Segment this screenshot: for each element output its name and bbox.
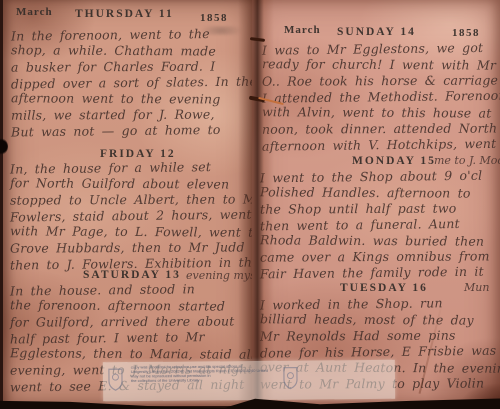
handwriting-line: Fair Haven the family rode in it bbox=[260, 264, 490, 283]
handwriting-line: noon, took dinner. attended North B bbox=[262, 120, 500, 137]
binding-gutter-shadow bbox=[238, 0, 274, 409]
entry-thursday-11: In the forenoon, went to the shop, a whi… bbox=[11, 27, 257, 139]
year-label-right: 1858 bbox=[452, 27, 480, 39]
handwriting-line: shop, a while. Chatham made bbox=[11, 42, 257, 60]
weekday-header-sunday-14: SUNDAY 14 bbox=[337, 26, 416, 38]
diary-page-right: March SUNDAY 14 1858 I was to Mr Egglest… bbox=[252, 0, 500, 406]
weekday-header-friday-12: FRIDAY 12 bbox=[100, 148, 176, 160]
month-label-left: March bbox=[16, 6, 53, 18]
weekday-header-monday-15: MONDAY 15 bbox=[352, 155, 436, 167]
handwriting-line: O.. Roe took his horse & carriage bbox=[262, 72, 500, 89]
handwriting-line: But was not — go at home to bbox=[11, 121, 257, 140]
year-label-left: 1858 bbox=[200, 12, 228, 24]
library-crest-icon bbox=[108, 368, 123, 392]
library-watermark: copy was produced for reference use and … bbox=[103, 360, 395, 402]
diary-photo: March THURSDAY 11 1858 In the forenoon, … bbox=[0, 0, 500, 409]
handwriting-line: afternoon with V. Hotchkips, went home bbox=[262, 135, 500, 154]
handwriting-annotation: me to J. Moon bbox=[434, 154, 500, 167]
entry-monday-15: I went to the Shop about 9 o'cl Polished… bbox=[260, 169, 490, 281]
watermark-line: the collections of the University Librar… bbox=[131, 376, 391, 383]
handwriting-line: afternoon went to the evening bbox=[11, 90, 257, 108]
handwriting-line: for North Guilford about eleven bbox=[10, 175, 262, 193]
handwriting-line: with Mr Page, to L. Fowell, went to bbox=[10, 223, 262, 241]
handwriting-line: billiard heads, most of the day bbox=[260, 311, 500, 329]
handwriting-annotation: Mun bbox=[464, 281, 489, 294]
month-label-right: March bbox=[284, 24, 321, 36]
handwriting-line: the forenoon. afternoon started bbox=[10, 297, 255, 314]
weekday-header-thursday-11: THURSDAY 11 bbox=[75, 8, 174, 20]
handwriting-line: ready for church! I went with Mr bbox=[262, 56, 500, 74]
handwriting-line: Polished Handles. afternoon to bbox=[260, 184, 490, 201]
handwriting-line: Egglestons, then to Maria, staid all bbox=[10, 345, 255, 362]
entry-sunday-14: I was to Mr Egglestons, we got ready for… bbox=[262, 41, 500, 153]
weekday-header-tuesday-16: TUESDAY 16 bbox=[340, 282, 428, 294]
handwriting-line: Rhoda Baldwin. was buried then bbox=[260, 232, 490, 249]
weekday-header-saturday-13: SATURDAY 13 bbox=[83, 269, 181, 281]
watermark-text: copy was produced for reference use and … bbox=[131, 363, 391, 383]
entry-friday-12: In, the house for a while set for North … bbox=[10, 160, 262, 272]
handwriting-line: with Alvin, went to this house at bbox=[262, 104, 500, 122]
diary-page-left: March THURSDAY 11 1858 In the forenoon, … bbox=[3, 0, 252, 406]
